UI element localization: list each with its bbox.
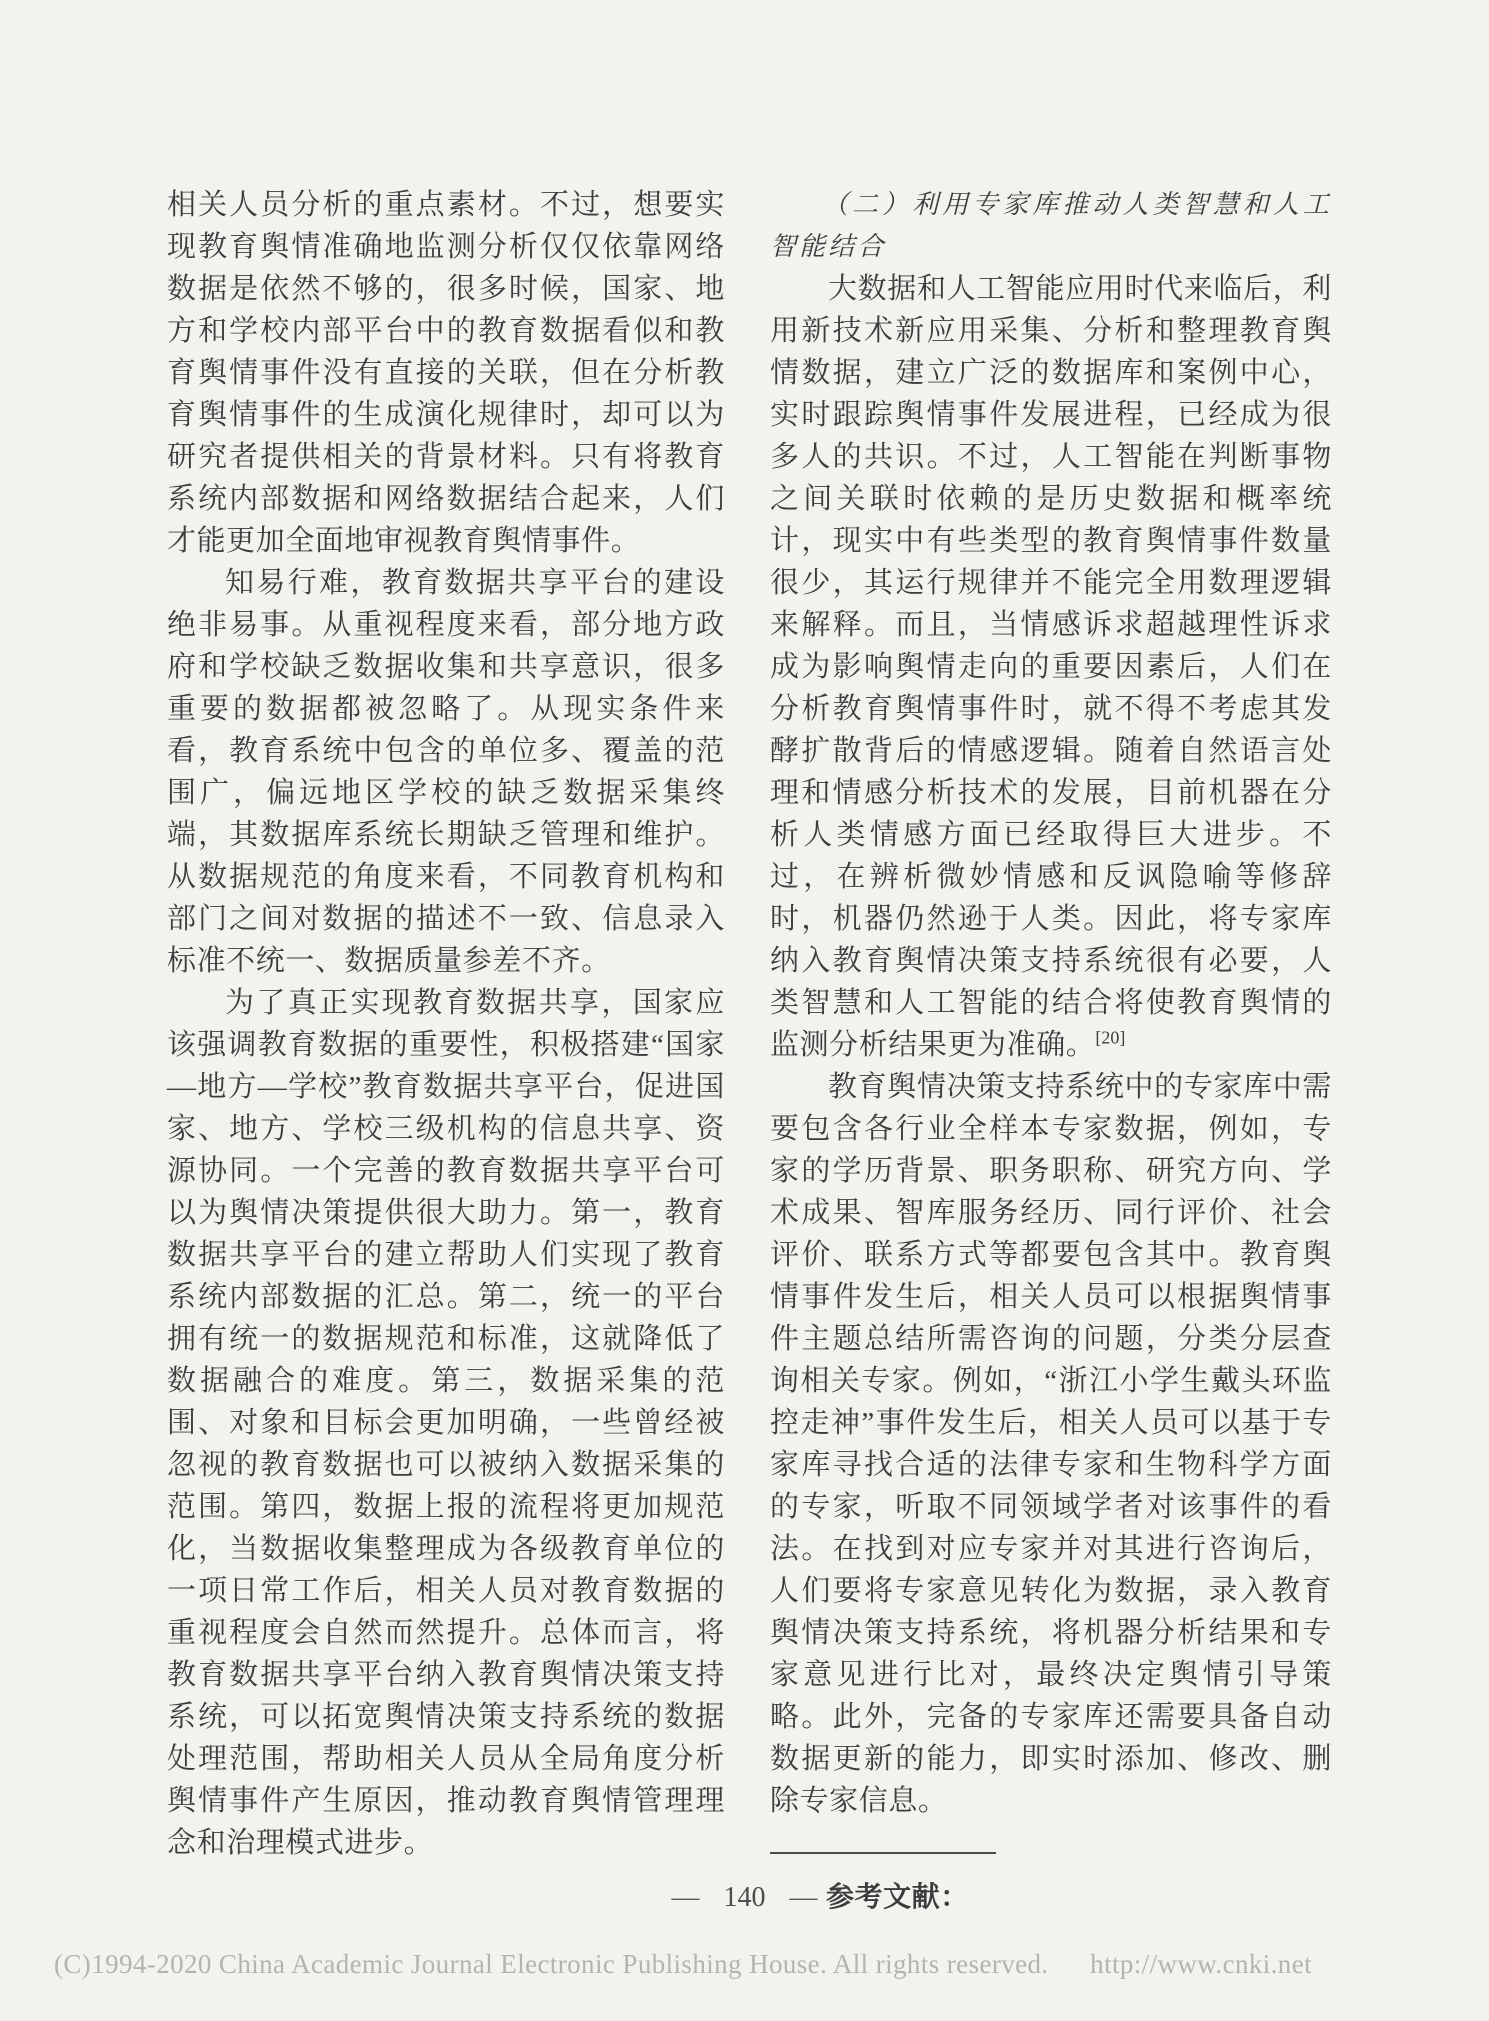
cnki-url: http://www.cnki.net <box>1090 1949 1312 1980</box>
page-number-value: 140 <box>724 1882 766 1913</box>
section-heading: （二）利用专家库推动人类智慧和人工智能结合 <box>770 184 1332 268</box>
paragraph: 为了真正实现教育数据共享，国家应该强调教育数据的重要性，积极搭建“国家—地方—学… <box>167 982 725 1864</box>
paragraph: 知易行难，教育数据共享平台的建设绝非易事。从重视程度来看，部分地方政府和学校缺乏… <box>167 562 725 982</box>
paragraph: 教育舆情决策支持系统中的专家库中需要包含各行业全样本专家数据，例如，专家的学历背… <box>770 1066 1332 1822</box>
left-column: 相关人员分析的重点素材。不过，想要实现教育舆情准确地监测分析仅仅依靠网络数据是依… <box>167 184 725 1864</box>
page-number-dash-left: — <box>672 1882 700 1913</box>
paragraph: 大数据和人工智能应用时代来临后，利用新技术新应用采集、分析和整理教育舆情数据，建… <box>770 268 1332 1066</box>
paragraph-text: 大数据和人工智能应用时代来临后，利用新技术新应用采集、分析和整理教育舆情数据，建… <box>770 273 1332 1061</box>
page-number: —140— <box>0 1882 1489 1914</box>
scanned-paper-page: 相关人员分析的重点素材。不过，想要实现教育舆情准确地监测分析仅仅依靠网络数据是依… <box>0 0 1489 2021</box>
page-number-dash-right: — <box>790 1882 818 1913</box>
copyright-text: (C)1994-2020 China Academic Journal Elec… <box>54 1949 1049 1980</box>
citation-marker: [20] <box>1095 1027 1125 1047</box>
right-column: （二）利用专家库推动人类智慧和人工智能结合 大数据和人工智能应用时代来临后，利用… <box>770 184 1332 1918</box>
paragraph-continuation: 相关人员分析的重点素材。不过，想要实现教育舆情准确地监测分析仅仅依靠网络数据是依… <box>167 184 725 562</box>
copyright-footer: (C)1994-2020 China Academic Journal Elec… <box>54 1949 1312 1980</box>
references-divider <box>770 1852 996 1854</box>
